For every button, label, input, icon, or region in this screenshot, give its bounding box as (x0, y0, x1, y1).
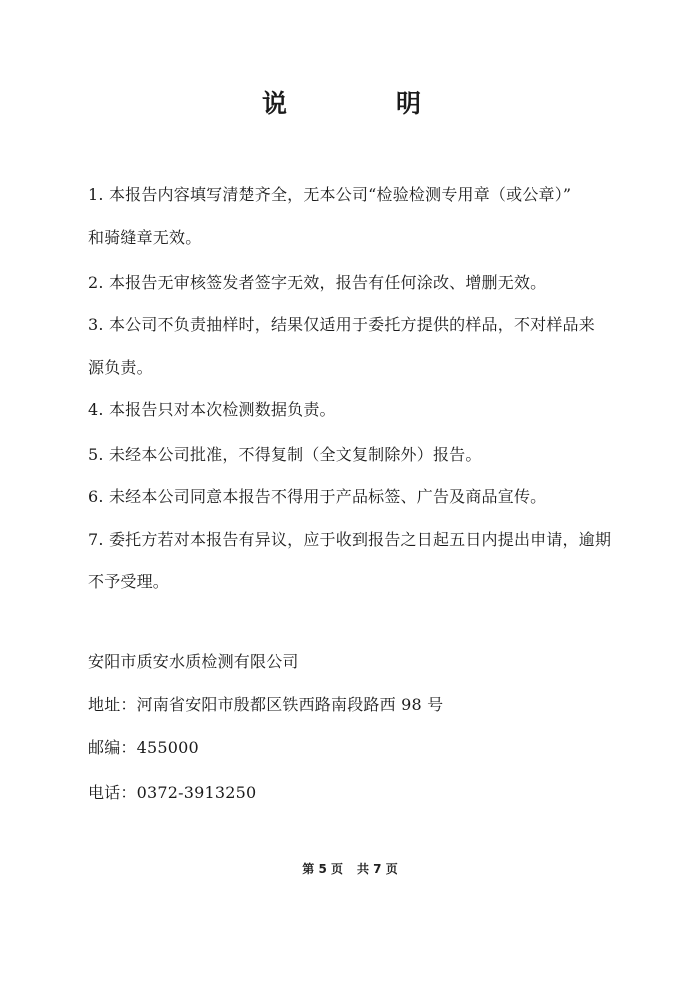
notice-item-7-line-2: 不予受理。 (88, 572, 169, 592)
notice-item-6: 6. 未经本公司同意本报告不得用于产品标签、广告及商品宣传。 (88, 487, 546, 507)
company-name: 安阳市质安水质检测有限公司 (88, 652, 299, 672)
title-char-1: 说 (262, 84, 287, 120)
company-phone: 电话：0372-3913250 (88, 783, 256, 803)
current-page: 第 5 页 (302, 862, 343, 876)
company-postcode: 邮编：455000 (88, 738, 199, 758)
title-char-2: 明 (396, 84, 421, 120)
notice-item-3-line-1: 3. 本公司不负责抽样时，结果仅适用于委托方提供的样品，不对样品来 (88, 315, 595, 335)
notice-item-3-line-2: 源负责。 (88, 358, 153, 378)
page-footer: 第 5 页共 7 页 (0, 860, 700, 877)
page-title: 说 明 (0, 84, 700, 124)
company-address: 地址：河南省安阳市殷都区铁西路南段路西 98 号 (88, 695, 443, 715)
notice-item-4: 4. 本报告只对本次检测数据负责。 (88, 400, 336, 420)
notice-item-1-line-2: 和骑缝章无效。 (88, 228, 201, 248)
notice-item-2: 2. 本报告无审核签发者签字无效，报告有任何涂改、增删无效。 (88, 273, 546, 293)
notice-item-7-line-1: 7. 委托方若对本报告有异议，应于收到报告之日起五日内提出申请，逾期 (88, 530, 611, 550)
notice-item-5: 5. 未经本公司批准，不得复制（全文复制除外）报告。 (88, 445, 482, 465)
total-pages: 共 7 页 (357, 862, 398, 876)
notice-item-1-line-1: 1. 本报告内容填写清楚齐全，无本公司“检验检测专用章（或公章）” (88, 185, 571, 205)
